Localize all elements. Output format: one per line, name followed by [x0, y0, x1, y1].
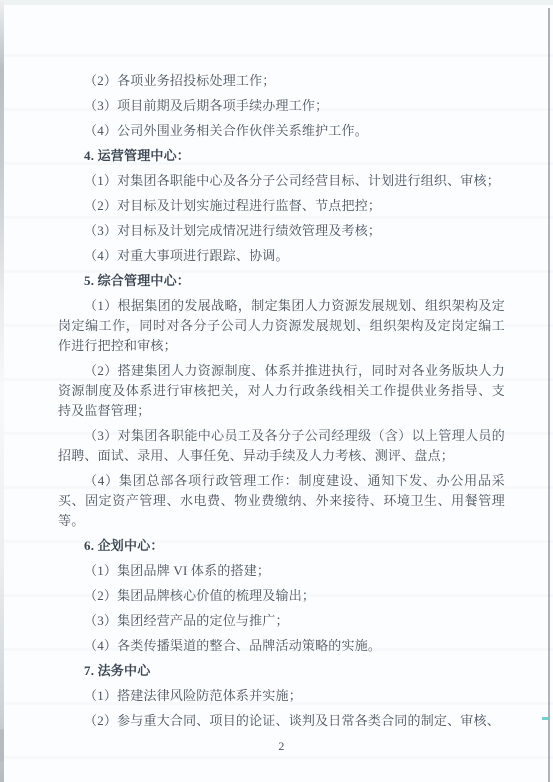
paragraph: （4）集团总部各项行政管理工作：制度建设、通知下发、办公用品采买、固定资产管理、… [58, 471, 505, 531]
paragraph: （1）对集团各职能中心及各分子公司经营目标、计划进行组织、审核； [58, 171, 505, 191]
paragraph: （4）公司外围业务相关合作伙伴关系维护工作。 [58, 121, 505, 141]
paragraph: （2）各项业务招投标处理工作； [58, 71, 505, 91]
section-heading: 5. 综合管理中心： [58, 271, 505, 291]
paragraph: （2）集团品牌核心价值的梳理及输出； [58, 586, 505, 606]
paragraph: （1）搭建法律风险防范体系并实施； [58, 686, 505, 706]
paragraph: （1）根据集团的发展战略，制定集团人力资源发展规划、组织架构及定岗定编工作，同时… [58, 296, 505, 356]
paragraph: （4）对重大事项进行跟踪、协调。 [58, 246, 505, 266]
paragraph: （2）搭建集团人力资源制度、体系并推进执行，同时对各业务版块人力资源制度及体系进… [58, 361, 505, 421]
scanned-document-page: （2）各项业务招投标处理工作； （3）项目前期及后期各项手续办理工作； （4）公… [0, 0, 553, 782]
page-top-edge [0, 0, 553, 5]
paragraph: （3）项目前期及后期各项手续办理工作； [58, 96, 505, 116]
scan-color-artifact [542, 717, 549, 720]
page-number: 2 [58, 736, 505, 756]
section-heading: 7. 法务中心 [58, 661, 505, 681]
scan-smudge-artifact [0, 729, 4, 762]
paragraph: （3）集团经营产品的定位与推广； [58, 611, 505, 631]
section-heading: 4. 运营管理中心： [58, 146, 505, 166]
page-left-edge [0, 0, 4, 782]
section-heading: 6. 企划中心： [58, 536, 505, 556]
paragraph: （4）各类传播渠道的整合、品牌活动策略的实施。 [58, 636, 505, 656]
paragraph: （3）对目标及计划完成情况进行绩效管理及考核； [58, 221, 505, 241]
paragraph: （1）集团品牌 VI 体系的搭建； [58, 561, 505, 581]
paragraph: （3）对集团各职能中心员工及各分子公司经理级（含）以上管理人员的招聘、面试、录用… [58, 426, 505, 466]
page-right-edge-line [548, 8, 550, 782]
document-body: （2）各项业务招投标处理工作； （3）项目前期及后期各项手续办理工作； （4）公… [58, 71, 505, 761]
paragraph: （2）对目标及计划实施过程进行监督、节点把控； [58, 196, 505, 216]
paragraph: （2）参与重大合同、项目的论证、谈判及日常各类合同的制定、审核、 [58, 711, 505, 731]
